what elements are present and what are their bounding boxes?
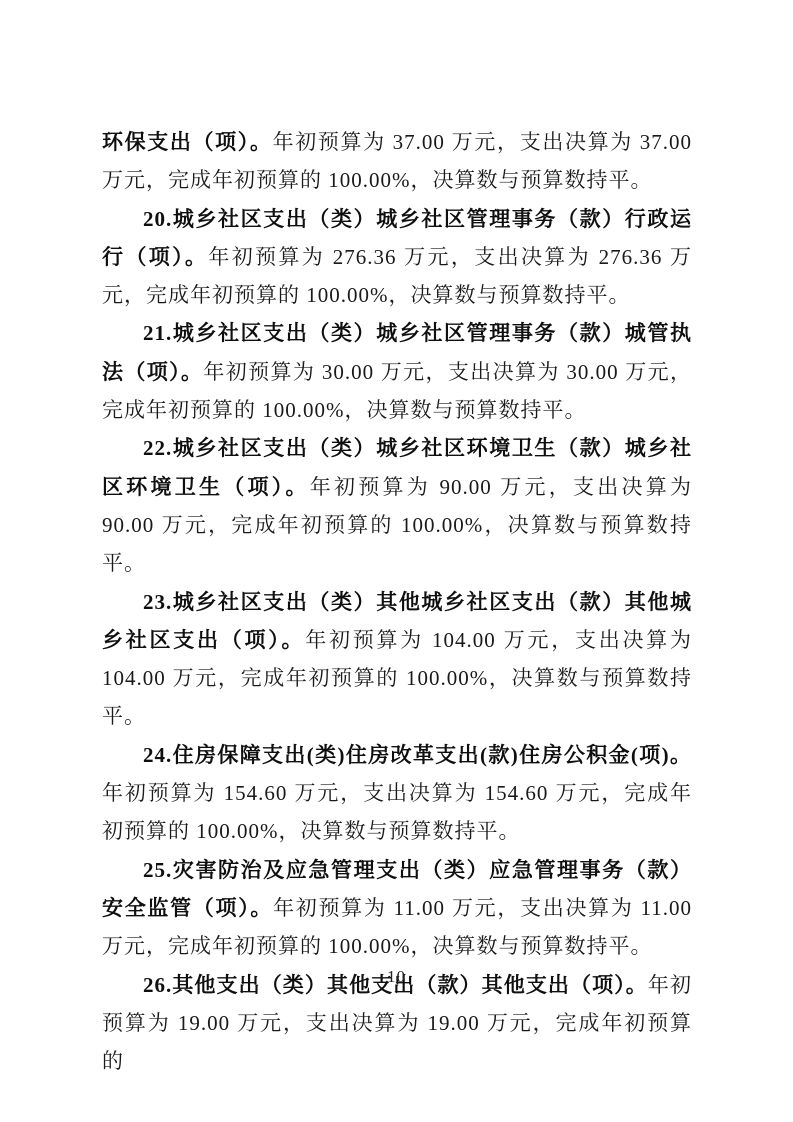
page-number: 10 <box>0 967 793 987</box>
paragraph-25: 25.灾害防治及应急管理支出（类）应急管理事务（款）安全监管（项）。年初预算为 … <box>102 851 692 966</box>
paragraph-22: 22.城乡社区支出（类）城乡社区环境卫生（款）城乡社区环境卫生（项）。年初预算为… <box>102 429 692 582</box>
paragraph-21: 21.城乡社区支出（类）城乡社区管理事务（款）城管执法（项）。年初预算为 30.… <box>102 314 692 429</box>
paragraph-19-continuation: 环保支出（项）。年初预算为 37.00 万元，支出决算为 37.00 万元，完成… <box>102 123 692 200</box>
paragraph-lead: 24.住房保障支出(类)住房改革支出(款)住房公积金(项)。 <box>143 743 692 767</box>
document-body: 环保支出（项）。年初预算为 37.00 万元，支出决算为 37.00 万元，完成… <box>102 123 692 1080</box>
paragraph-20: 20.城乡社区支出（类）城乡社区管理事务（款）行政运行（项）。年初预算为 276… <box>102 200 692 315</box>
document-page: 环保支出（项）。年初预算为 37.00 万元，支出决算为 37.00 万元，完成… <box>0 0 793 1122</box>
paragraph-body: 年初预算为 154.60 万元，支出决算为 154.60 万元，完成年初预算的 … <box>102 781 692 843</box>
paragraph-24: 24.住房保障支出(类)住房改革支出(款)住房公积金(项)。年初预算为 154.… <box>102 736 692 851</box>
paragraph-23: 23.城乡社区支出（类）其他城乡社区支出（款）其他城乡社区支出（项）。年初预算为… <box>102 583 692 736</box>
paragraph-lead: 环保支出（项）。 <box>102 130 273 154</box>
